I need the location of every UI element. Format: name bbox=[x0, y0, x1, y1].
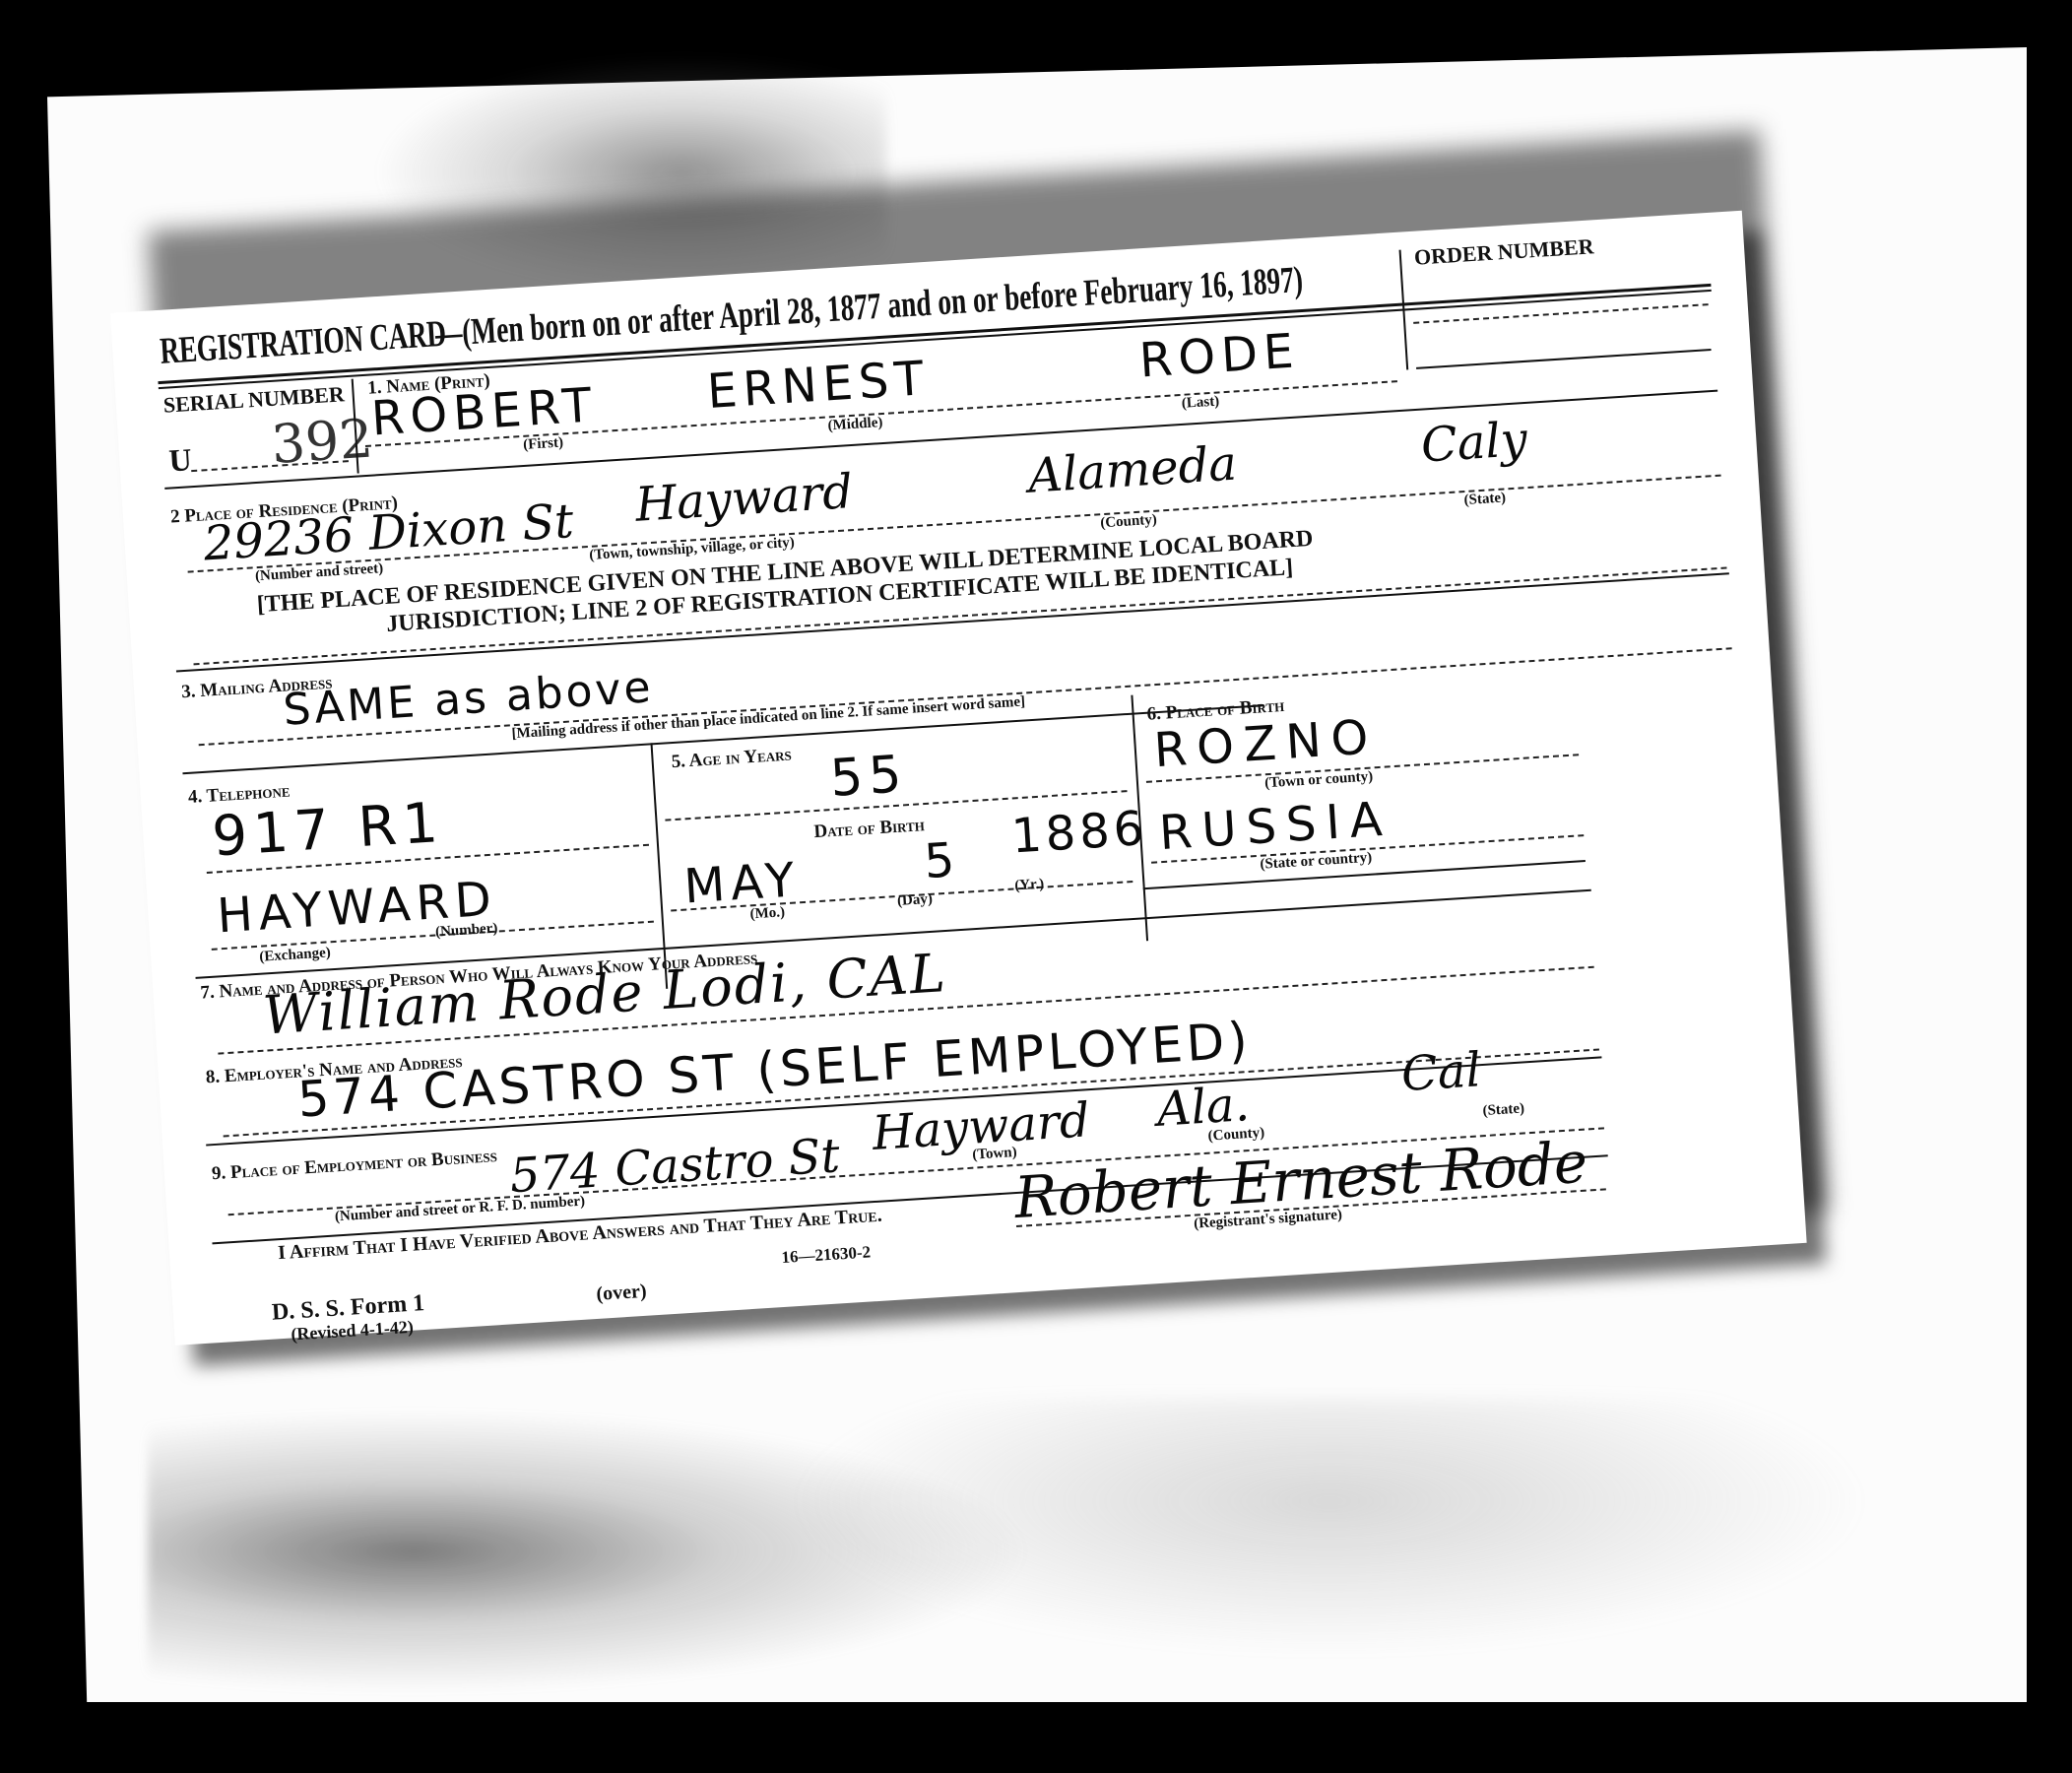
residence-state-value[interactable]: Caly bbox=[1419, 412, 1528, 474]
dob-label: Date of Birth bbox=[813, 815, 926, 843]
dob-month-caption: (Mo.) bbox=[749, 904, 785, 923]
telephone-number-value[interactable]: 917 R1 bbox=[211, 791, 446, 870]
name-middle-caption: (Middle) bbox=[827, 415, 883, 434]
serial-prefix: U bbox=[167, 441, 192, 479]
exchange-caption: (Exchange) bbox=[259, 945, 331, 966]
name-first-caption: (First) bbox=[523, 434, 564, 454]
order-number-label: ORDER NUMBER bbox=[1413, 233, 1594, 270]
order-rule bbox=[1416, 349, 1712, 369]
residence-county-caption: (County) bbox=[1100, 512, 1157, 533]
age-value[interactable]: 55 bbox=[828, 745, 909, 809]
dob-year-value[interactable]: 1886 bbox=[1009, 801, 1148, 865]
name-last-caption: (Last) bbox=[1181, 393, 1219, 412]
number-caption: (Number) bbox=[435, 921, 498, 942]
print-code: 16—21630-2 bbox=[781, 1242, 872, 1268]
registration-card: REGISTRATION CARD —(Men born on or after… bbox=[110, 211, 1807, 1346]
employment-place-label: 9. Place of Employment or Business bbox=[211, 1146, 497, 1185]
name-middle-value[interactable]: ERNEST bbox=[705, 351, 931, 420]
scan-smudge-bottom-right bbox=[788, 1399, 1871, 1655]
card-title: REGISTRATION CARD bbox=[159, 312, 447, 373]
dob-year-caption: (Yr.) bbox=[1014, 877, 1045, 895]
residence-town-value[interactable]: Hayward bbox=[634, 464, 855, 533]
employment-county-caption: (County) bbox=[1207, 1125, 1264, 1146]
employment-state-value[interactable]: Cal bbox=[1399, 1042, 1482, 1102]
over-label: (over) bbox=[596, 1280, 647, 1306]
residence-county-value[interactable]: Alameda bbox=[1026, 436, 1238, 504]
employment-state-caption: (State) bbox=[1482, 1100, 1524, 1120]
column-divider-1 bbox=[650, 743, 668, 989]
dob-day-value[interactable]: 5 bbox=[923, 832, 962, 889]
residence-state-caption: (State) bbox=[1463, 490, 1506, 509]
name-last-value[interactable]: RODE bbox=[1137, 323, 1301, 388]
dob-day-caption: (Day) bbox=[897, 891, 934, 910]
age-label: 5. Age in Years bbox=[671, 744, 792, 773]
employment-town-caption: (Town) bbox=[972, 1145, 1017, 1164]
